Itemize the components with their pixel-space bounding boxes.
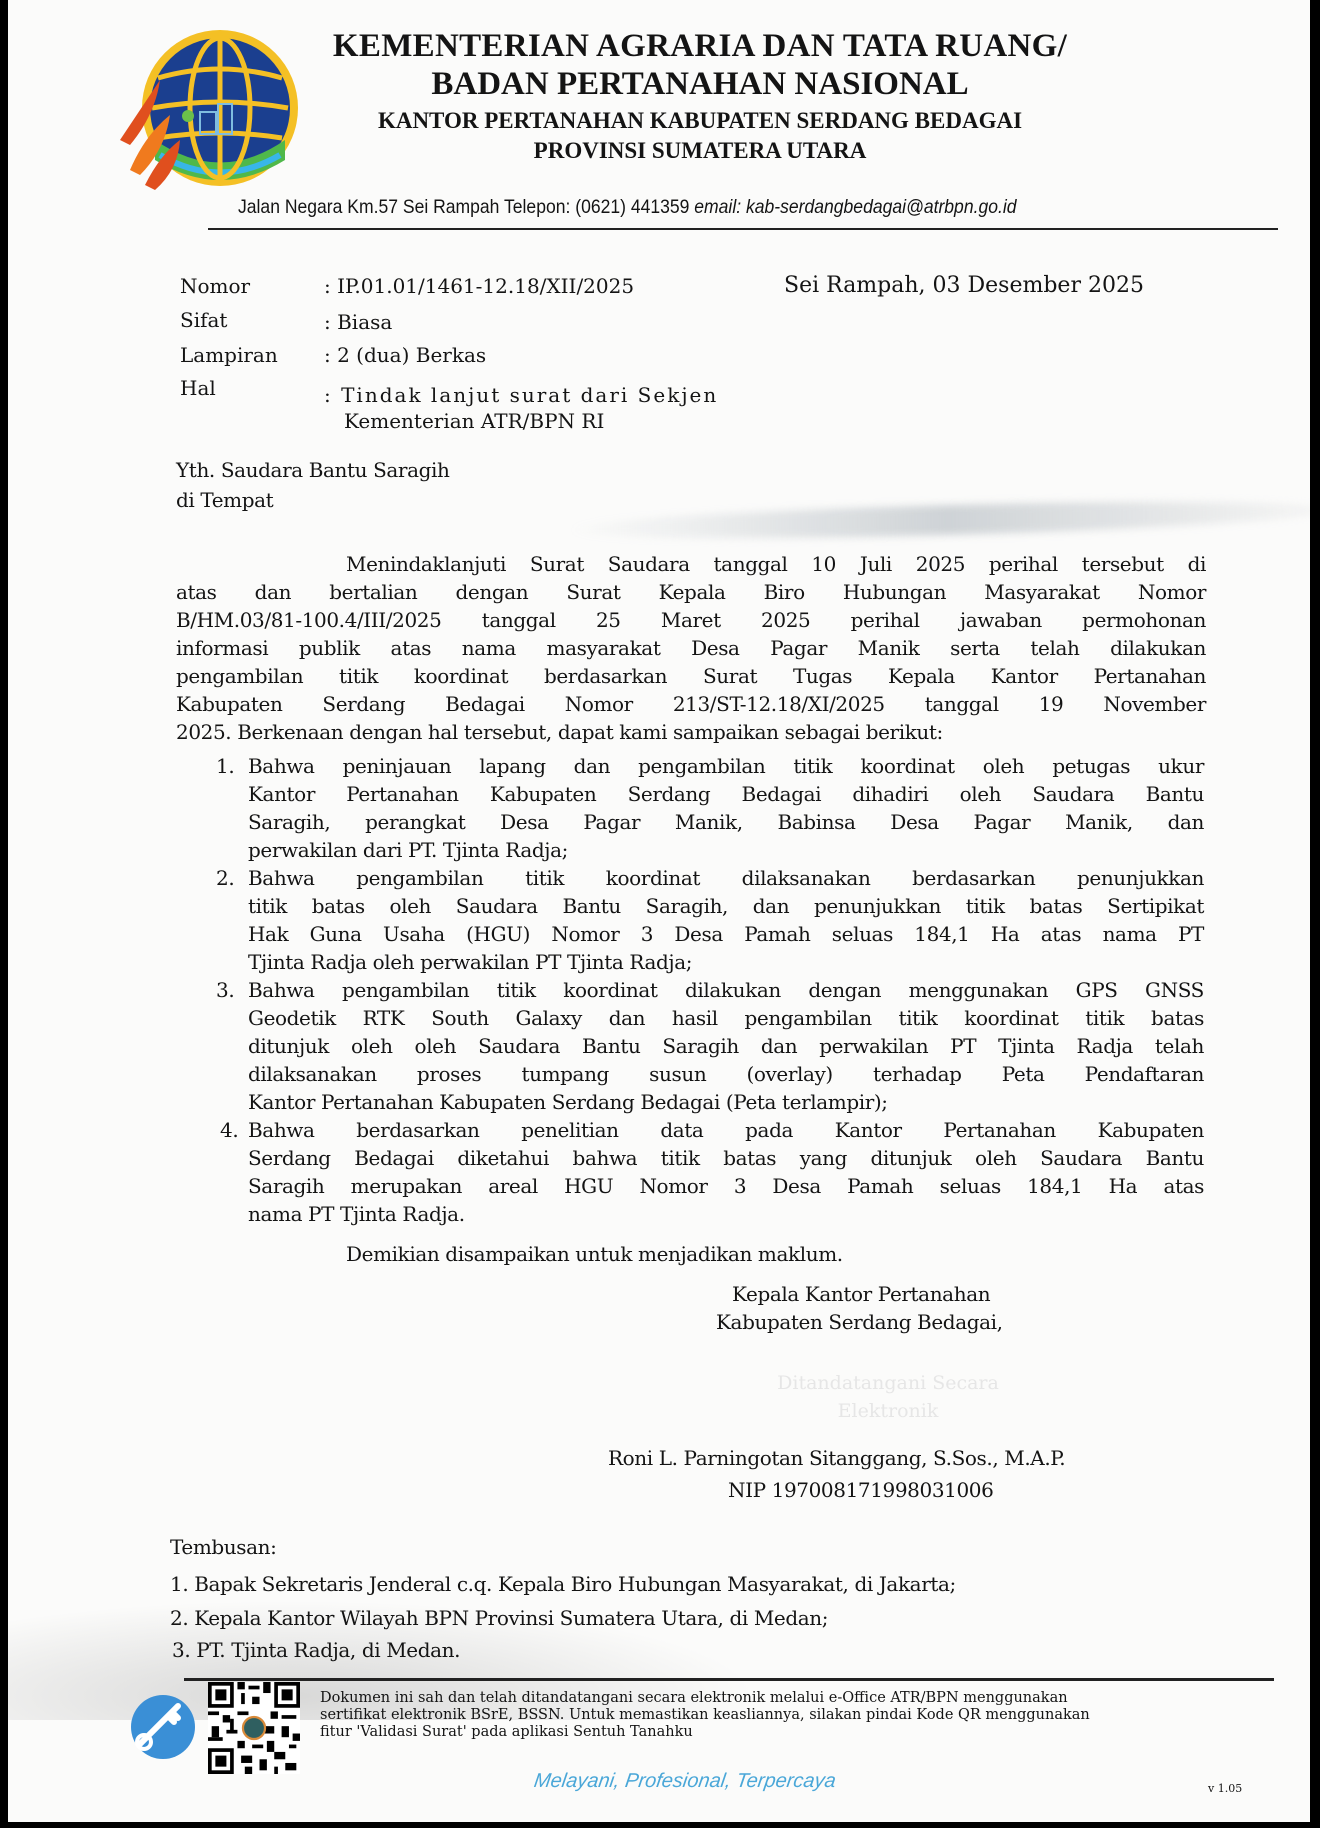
e-sign-stamp-line2: Elektronik (708, 1400, 1068, 1422)
list-item-line: Tjinta Radja oleh perwakilan PT Tjinta R… (248, 950, 1204, 974)
list-item-line: Saragih merupakan areal HGU Nomor 3 Desa… (248, 1174, 1204, 1198)
list-item-line: Serdang Bedagai diketahui bahwa titik ba… (248, 1146, 1204, 1170)
list-item-line: Bahwa pengambilan titik koordinat dilaku… (248, 978, 1204, 1002)
notice-line: sertifikat elektronik BSrE, BSSN. Untuk … (320, 1707, 1090, 1724)
list-item-line: Hak Guna Usaha (HGU) Nomor 3 Desa Pamah … (248, 922, 1204, 946)
letter-date: Sei Rampah, 03 Desember 2025 (784, 273, 1144, 298)
list-item-line: perwakilan dari PT. Tjinta Radja; (248, 838, 1204, 862)
notice-line: fitur 'Validasi Surat' pada aplikasi Sen… (320, 1724, 1090, 1741)
list-item-line: Bahwa berdasarkan penelitian data pada K… (248, 1118, 1204, 1142)
cc-heading: Tembusan: (170, 1535, 276, 1559)
atr-bpn-globe-logo-icon (100, 20, 310, 200)
office-address: Jalan Negara Km.57 Sei Rampah Telepon: (… (238, 196, 1017, 219)
sentuh-tanahku-key-icon (128, 1692, 198, 1762)
template-version: v 1.05 (1208, 1782, 1242, 1795)
signatory-title-1: Kepala Kantor Pertanahan (732, 1282, 990, 1306)
intro-line: Kabupaten Serdang Bedagai Nomor 213/ST-1… (176, 692, 1206, 716)
agency-tagline: Melayani, Profesional, Terpercaya (532, 1770, 837, 1793)
meta-value-hal-cont: Kementerian ATR/BPN RI (344, 409, 604, 433)
signatory-title-2: Kabupaten Serdang Bedagai, (716, 1310, 1003, 1334)
list-item-number: 3. (216, 978, 234, 1002)
list-item-line: Kantor Pertanahan Kabupaten Serdang Beda… (248, 1090, 1204, 1114)
email-link[interactable]: kab-serdangbedagai@atrbpn.go.id (746, 196, 1017, 218)
intro-line: Menindaklanjuti Surat Saudara tanggal 10… (346, 552, 1206, 576)
cc-item: 3. PT. Tjinta Radja, di Medan. (172, 1638, 460, 1662)
list-item-line: nama PT Tjinta Radja. (248, 1202, 1204, 1226)
signatory-nip: NIP 197008171998031006 (728, 1478, 993, 1502)
closing-sentence: Demikian disampaikan untuk menjadikan ma… (346, 1242, 843, 1266)
meta-value-hal: : Tindak lanjut surat dari Sekjen (324, 383, 718, 407)
e-sign-stamp-line1: Ditandatangani Secara (708, 1372, 1068, 1394)
list-item-line: ditunjuk oleh oleh Saudara Bantu Saragih… (248, 1034, 1204, 1058)
meta-value-lampiran: : 2 (dua) Berkas (324, 343, 486, 367)
intro-line: 2025. Berkenaan dengan hal tersebut, dap… (176, 720, 1206, 744)
list-item-line: Saragih, perangkat Desa Pagar Manik, Bab… (248, 810, 1204, 834)
meta-label-nomor: Nomor (180, 274, 250, 298)
cc-item: 1. Bapak Sekretaris Jenderal c.q. Kepala… (170, 1572, 956, 1596)
intro-line: informasi publik atas nama masyarakat De… (176, 636, 1206, 660)
agency-name: BADAN PERTANAHAN NASIONAL (280, 66, 1120, 103)
recipient-location: di Tempat (176, 488, 273, 512)
list-item-number: 2. (216, 866, 234, 890)
list-item-line: titik batas oleh Saudara Bantu Saragih, … (248, 894, 1204, 918)
list-item-number: 1. (216, 754, 234, 778)
letter-page: KEMENTERIAN AGRARIA DAN TATA RUANG/ BADA… (8, 0, 1310, 1822)
recipient-name: Yth. Saudara Bantu Saragih (176, 458, 449, 482)
meta-value-sifat: : Biasa (324, 310, 392, 334)
email-label: email: (694, 196, 746, 218)
meta-value-nomor: : IP.01.01/1461-12.18/XII/2025 (324, 274, 634, 298)
footer-divider (184, 1678, 1274, 1681)
intro-line: B/HM.03/81-100.4/III/2025 tanggal 25 Mar… (176, 608, 1206, 632)
signatory-name: Roni L. Parningotan Sitanggang, S.Sos., … (608, 1446, 1065, 1470)
list-item-line: Bahwa peninjauan lapang dan pengambilan … (248, 754, 1204, 778)
address-text: Jalan Negara Km.57 Sei Rampah Telepon: (… (238, 196, 694, 218)
validation-qr-code[interactable] (208, 1682, 300, 1774)
letterhead-divider (208, 228, 1278, 230)
list-item-line: Bahwa pengambilan titik koordinat dilaks… (248, 866, 1204, 890)
intro-line: pengambilan titik koordinat berdasarkan … (176, 664, 1206, 688)
office-name: KANTOR PERTANAHAN KABUPATEN SERDANG BEDA… (280, 108, 1120, 134)
intro-line: atas dan bertalian dengan Surat Kepala B… (176, 580, 1206, 604)
meta-label-hal: Hal (180, 376, 216, 400)
paper-shadow (568, 495, 1310, 545)
province-name: PROVINSI SUMATERA UTARA (280, 138, 1120, 164)
cc-item: 2. Kepala Kantor Wilayah BPN Provinsi Su… (170, 1606, 828, 1630)
ministry-name: KEMENTERIAN AGRARIA DAN TATA RUANG/ (280, 28, 1120, 65)
e-sign-notice: Dokumen ini sah dan telah ditandatangani… (320, 1690, 1090, 1741)
meta-label-sifat: Sifat (180, 308, 227, 332)
notice-line: Dokumen ini sah dan telah ditandatangani… (320, 1690, 1090, 1707)
list-item-line: Geodetik RTK South Galaxy dan hasil peng… (248, 1006, 1204, 1030)
list-item-line: dilaksanakan proses tumpang susun (overl… (248, 1062, 1204, 1086)
list-item-number: 4. (220, 1118, 238, 1142)
list-item-line: Kantor Pertanahan Kabupaten Serdang Beda… (248, 782, 1204, 806)
meta-label-lampiran: Lampiran (180, 343, 278, 367)
